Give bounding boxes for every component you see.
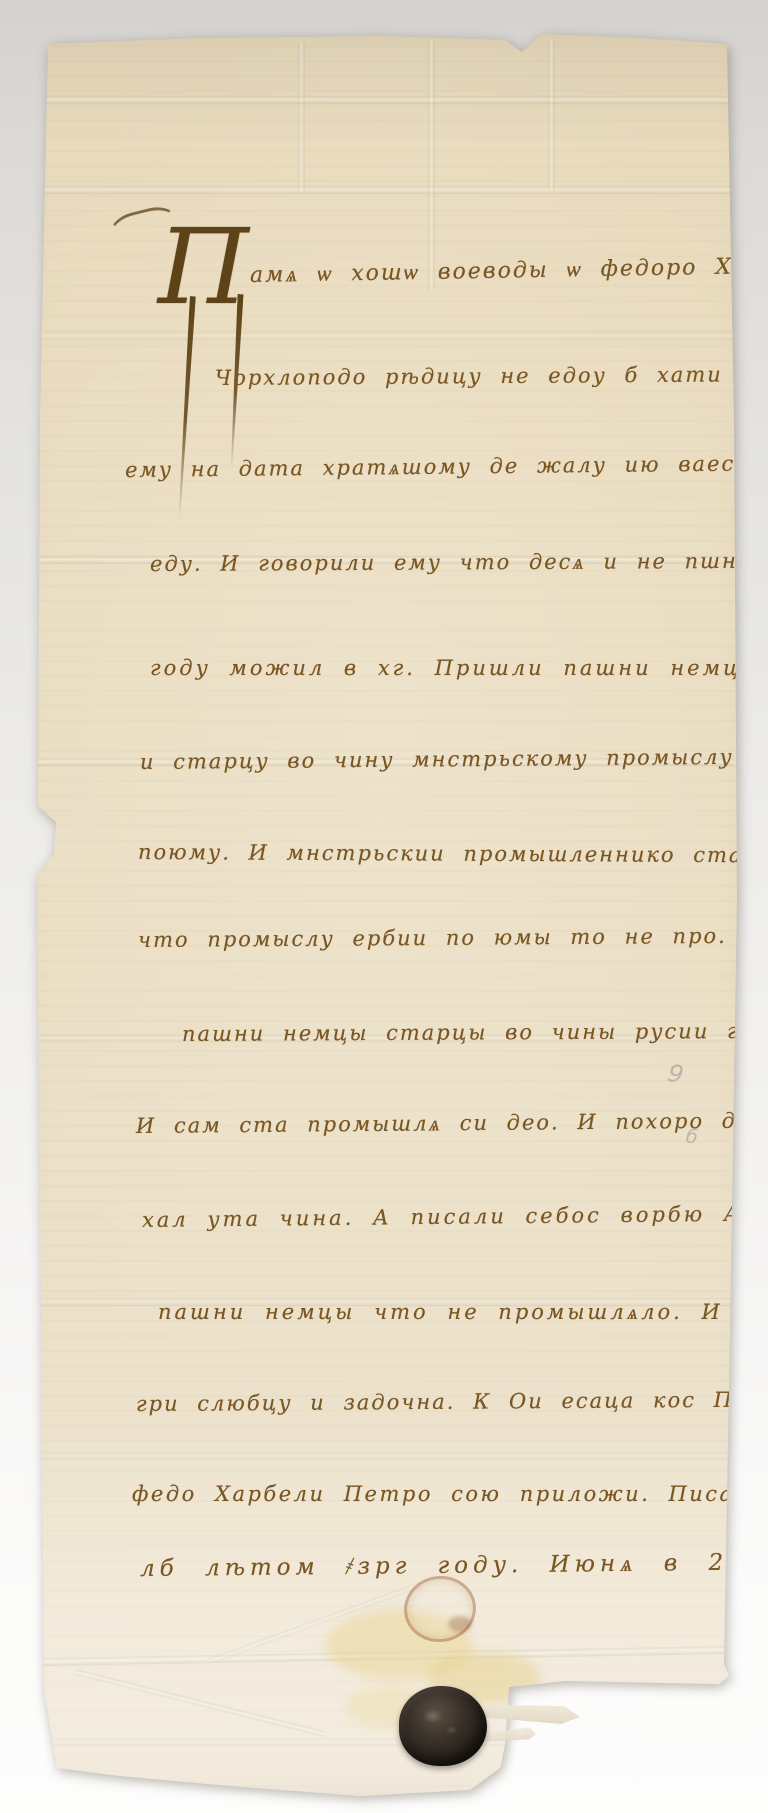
manuscript-text-line: и старцу во чину мнстрьскому промыслу в …: [140, 744, 768, 774]
paper-crease: [298, 42, 305, 192]
manuscript-text-line: федо Харбели Петро сою приложи. Писано д…: [132, 1482, 768, 1506]
paper-crease: [73, 1669, 327, 1738]
wax-seal: [399, 1686, 487, 1766]
manuscript-text-line: поюму. И мнстрьскии промышленнико стадо …: [138, 840, 768, 868]
paper-crease: [428, 40, 435, 290]
pencil-mark: 9: [665, 1059, 686, 1090]
manuscript-text-line: пашни немцы старцы во чины русии годе вы…: [182, 1018, 768, 1046]
ink-ring-stain: [448, 1616, 472, 1632]
paper-crease: [38, 96, 734, 104]
manuscript-text-line: хал ута чина. А писали себос ворбю А пре…: [142, 1201, 768, 1232]
manuscript-text-line: Чорхлоподо рѣдицу не едоу б хати: [215, 362, 723, 390]
manuscript-text-line: гри слюбцу и задочна. К Ои есаца кос Пам…: [136, 1387, 768, 1417]
paper-crease: [38, 332, 734, 340]
manuscript-text-line: ему на дата хратѧшому де жалу ию ваеста …: [125, 451, 768, 483]
manuscript-text-line: И сам ста промышлѧ си део. И похоро деюс…: [136, 1107, 768, 1139]
paper-shadow-wrap: П амѧ ѡ хошѡ воеводы ѡ федоро Харбеан Чо…: [0, 0, 768, 1813]
manuscript-text-line: еду. И говорили ему что десѧ и не пшно р…: [150, 548, 768, 577]
paper-crease: [38, 1738, 734, 1746]
paper-crease: [38, 186, 734, 194]
manuscript-text-line: году можил в хг. Пришли пашни немцы.: [150, 656, 768, 680]
manuscript-photo: П амѧ ѡ хошѡ воеводы ѡ федоро Харбеан Чо…: [0, 0, 768, 1813]
manuscript-paper: П амѧ ѡ хошѡ воеводы ѡ федоро Харбеан Чо…: [0, 0, 768, 1813]
initial-letter: П: [158, 206, 249, 328]
paper-crease: [38, 1452, 734, 1460]
manuscript-text-line: амѧ ѡ хошѡ воеводы ѡ федоро Харбеан: [250, 252, 768, 288]
manuscript-text-line: лб лѣтом ҂зрг году. Июнѧ в 2 де: [140, 1549, 768, 1582]
pencil-mark: б: [685, 1125, 699, 1148]
manuscript-text-line: пашни немцы что не промышлѧло. И потом: [158, 1300, 768, 1325]
paper-crease: [548, 40, 555, 190]
initial-stem: [176, 296, 196, 521]
manuscript-text-line: что промыслу ербии по юмы то не про. И п…: [138, 923, 768, 952]
